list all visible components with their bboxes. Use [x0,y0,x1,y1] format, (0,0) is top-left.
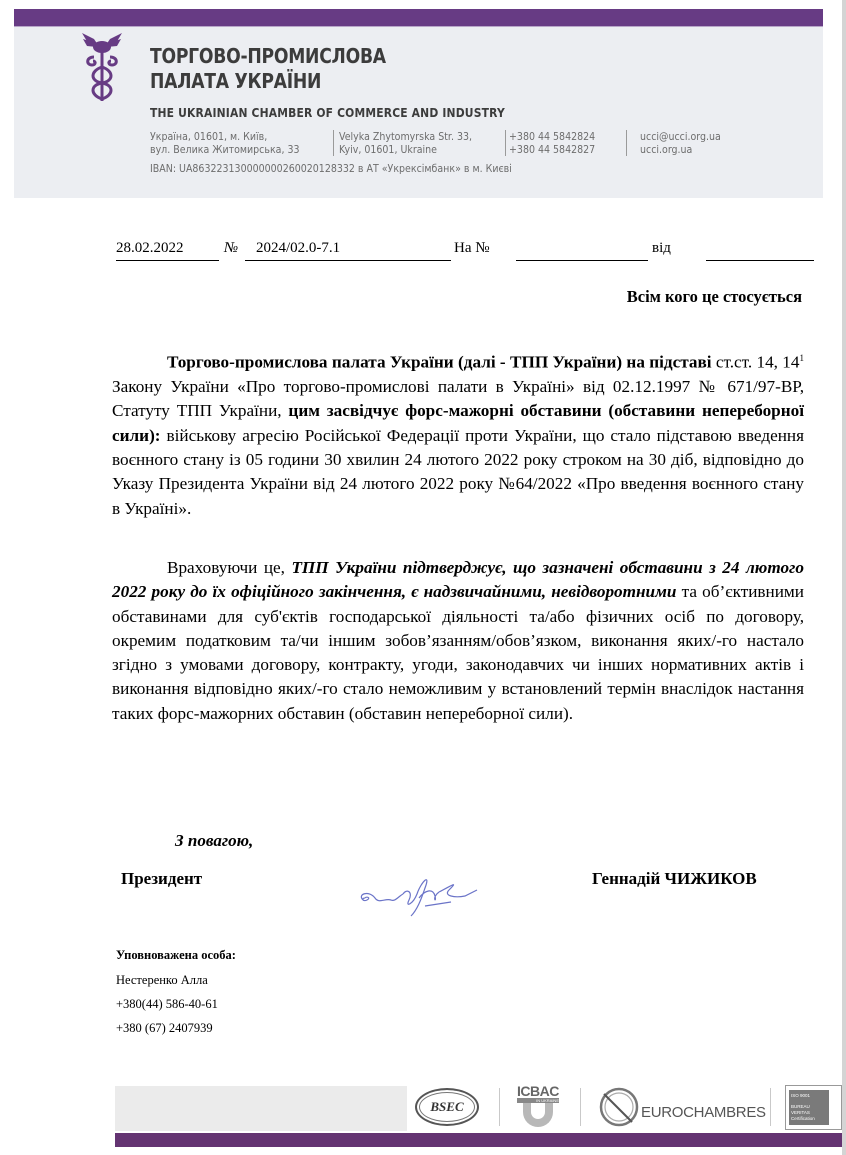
address-ukrainian: Україна, 01601, м. Київ, вул. Велика Жит… [150,130,300,156]
addressee: Всім кого це стосується [627,287,802,307]
divider [580,1088,581,1126]
p2-text-b: та об’єктивними обставинами для суб'єкті… [112,582,804,722]
divider [333,130,334,156]
p1-sup: 1 [800,353,805,363]
document-number: 2024/02.0-7.1 [256,240,340,257]
contact-phone-2: +380 (67) 2407939 [116,1021,213,1036]
footer-bar [115,1133,842,1147]
p1-bold-intro: Торгово-промислова палата України (далі … [167,353,712,372]
paragraph-1: Торгово-промислова палата України (далі … [112,346,804,521]
signature-icon [355,868,505,918]
page-edge [842,0,846,1155]
divider [626,130,627,156]
in-reply-label: На № [454,240,490,257]
org-name-line1: ТОРГОВО-ПРОМИСЛОВА [150,44,386,69]
paragraph-2: Враховуючи це, ТПП України підтверджує, … [112,556,804,726]
from-label: від [652,240,671,257]
signer-role: Президент [121,869,202,889]
divider [499,1088,500,1126]
footer-panel [115,1086,407,1131]
phone-2: +380 44 5842827 [509,143,595,156]
contact-phone-1: +380(44) 586-40-61 [116,997,218,1012]
contact-label: Уповноважена особа: [116,948,236,963]
number-underline [245,260,451,261]
p2-text-a: Враховуючи це, [167,558,291,577]
org-name: ТОРГОВО-ПРОМИСЛОВА ПАЛАТА УКРАЇНИ [150,44,386,94]
icbac-logo-text: ICBAC [517,1084,559,1098]
address-en-line2: Kyiv, 01601, Ukraine [339,143,472,156]
from-underline [706,260,814,261]
icbac-logo: ICBAC IN UKRAINE [517,1084,559,1130]
bv-line1: ISO 9001 [791,1093,827,1099]
bv-line3: Certification [791,1116,827,1122]
p1-text-a: ст.ст. 14, 14 [712,353,800,372]
bsec-logo: BSEC [415,1088,479,1126]
address-ua-line2: вул. Велика Житомирська, 33 [150,143,300,156]
divider [505,130,506,156]
iban: IBAN: UA863223130000000260020128332 в АТ… [150,162,512,175]
phones: +380 44 5842824 +380 44 5842827 [509,130,595,156]
document-date: 28.02.2022 [116,240,184,257]
bv-line2: BUREAU VERITAS [791,1104,827,1116]
date-underline [116,260,219,261]
address-ua-line1: Україна, 01601, м. Київ, [150,130,300,143]
caduceus-logo-icon [80,31,124,103]
address-english: Velyka Zhytomyrska Str. 33, Kyiv, 01601,… [339,130,472,156]
web-contacts: ucci@ucci.org.ua ucci.org.ua [640,130,721,156]
address-en-line1: Velyka Zhytomyrska Str. 33, [339,130,472,143]
phone-1: +380 44 5842824 [509,130,595,143]
p1-text-c: військову агресію Російської Федерації п… [112,426,804,518]
in-reply-underline [516,260,648,261]
email-link[interactable]: ucci@ucci.org.ua [640,130,721,143]
eurochambres-logo-text: EUROCHAMBRES [641,1104,766,1121]
org-name-line2: ПАЛАТА УКРАЇНИ [150,69,386,94]
eurochambres-globe-icon [598,1086,640,1128]
signer-name: Геннадій ЧИЖИКОВ [592,869,757,889]
icbac-u-shape-icon [523,1103,553,1127]
closing-regards: З повагою, [175,831,253,851]
bureau-veritas-logo: ISO 9001 BUREAU VERITAS Certification [785,1085,842,1130]
bureau-veritas-badge: ISO 9001 BUREAU VERITAS Certification [789,1090,829,1125]
letterhead-top-bar [14,9,823,26]
org-name-english: THE UKRAINIAN CHAMBER OF COMMERCE AND IN… [150,105,505,120]
website-link[interactable]: ucci.org.ua [640,143,721,156]
bsec-logo-text: BSEC [430,1099,463,1115]
number-label: № [224,240,238,257]
divider [770,1088,771,1126]
contact-name: Нестеренко Алла [116,973,208,988]
